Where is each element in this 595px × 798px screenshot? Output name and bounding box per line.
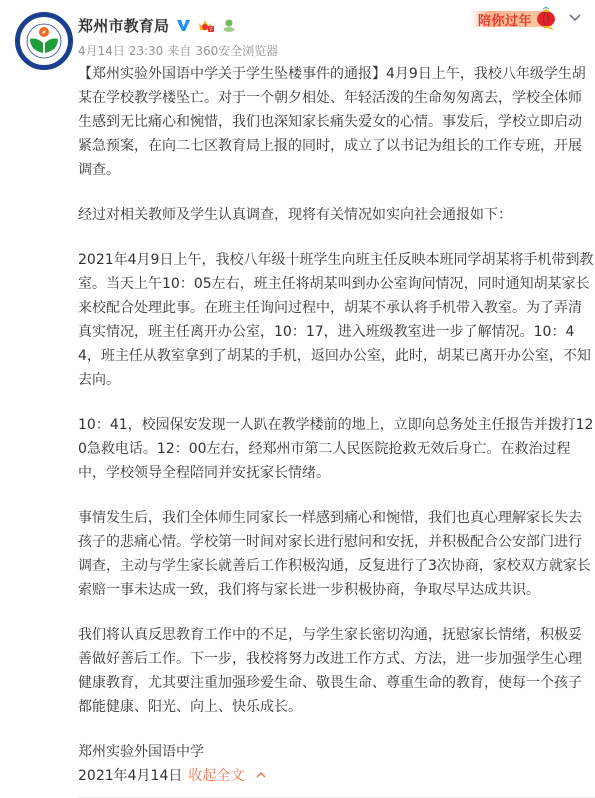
post-meta: 4月14日 23:30 来自 360安全浏览器 [78, 42, 278, 59]
collapse-full-text-link[interactable]: 收起全文 [188, 764, 266, 788]
weibo-post: 郑州市教育局 7 4月14日 23:30 来自 360安全浏览器 陪你过年 [0, 0, 595, 798]
promo-banner[interactable]: 陪你过年 [470, 5, 565, 31]
post-source: 360安全浏览器 [195, 42, 278, 59]
post-body: 【郑州实验外国语中学关于学生坠楼事件的通报】4月9日上午，我校八年级学生胡某在学… [78, 62, 594, 788]
verified-v-icon[interactable] [175, 17, 191, 33]
source-prefix: 来自 [167, 42, 191, 59]
post-date: 2021年4月14日 [78, 764, 182, 788]
paragraph-intro: 【郑州实验外国语中学关于学生坠楼事件的通报】4月9日上午，我校八年级学生胡某在学… [78, 62, 594, 182]
paragraph-rescue: 10：41，校园保安发现一人趴在教学楼前的地上，立即向总务处主任报告并拨打120… [78, 413, 594, 485]
crown-member-icon[interactable]: 7 [197, 17, 215, 33]
post-timestamp[interactable]: 4月14日 23:30 [78, 42, 163, 59]
paragraph-lead: 经过对相关教师及学生认真调查，现将有关情况如实向社会通报如下： [78, 203, 594, 227]
chevron-down-icon[interactable] [568, 13, 582, 23]
svg-text:7: 7 [210, 27, 213, 33]
paragraph-timeline: 2021年4月9日上午，我校八年级十班学生向班主任反映本班同学胡某将手机带到教室… [78, 248, 594, 392]
collapse-label: 收起全文 [188, 768, 244, 784]
chevron-up-icon [255, 770, 267, 780]
school-emblem-icon [20, 17, 68, 65]
lantern-icon [534, 6, 558, 30]
paragraph-reflection: 我们将认真反思教育工作中的不足，与学生家长密切沟通，抚慰家长情绪，积极妥善做好善… [78, 623, 594, 719]
author-name[interactable]: 郑州市教育局 [78, 15, 169, 36]
author-row: 郑州市教育局 7 [78, 14, 237, 36]
promo-label: 陪你过年 [478, 10, 532, 29]
post-footer: 2021年4月14日 收起全文 [78, 764, 594, 788]
paragraph-aftermath: 事情发生后，我们全体师生同家长一样感到痛心和惋惜，我们也真心理解家长失去孩子的悲… [78, 506, 594, 602]
signature: 郑州实验外国语中学 [78, 740, 594, 764]
author-avatar[interactable] [15, 12, 73, 70]
green-figure-icon[interactable] [221, 17, 237, 33]
